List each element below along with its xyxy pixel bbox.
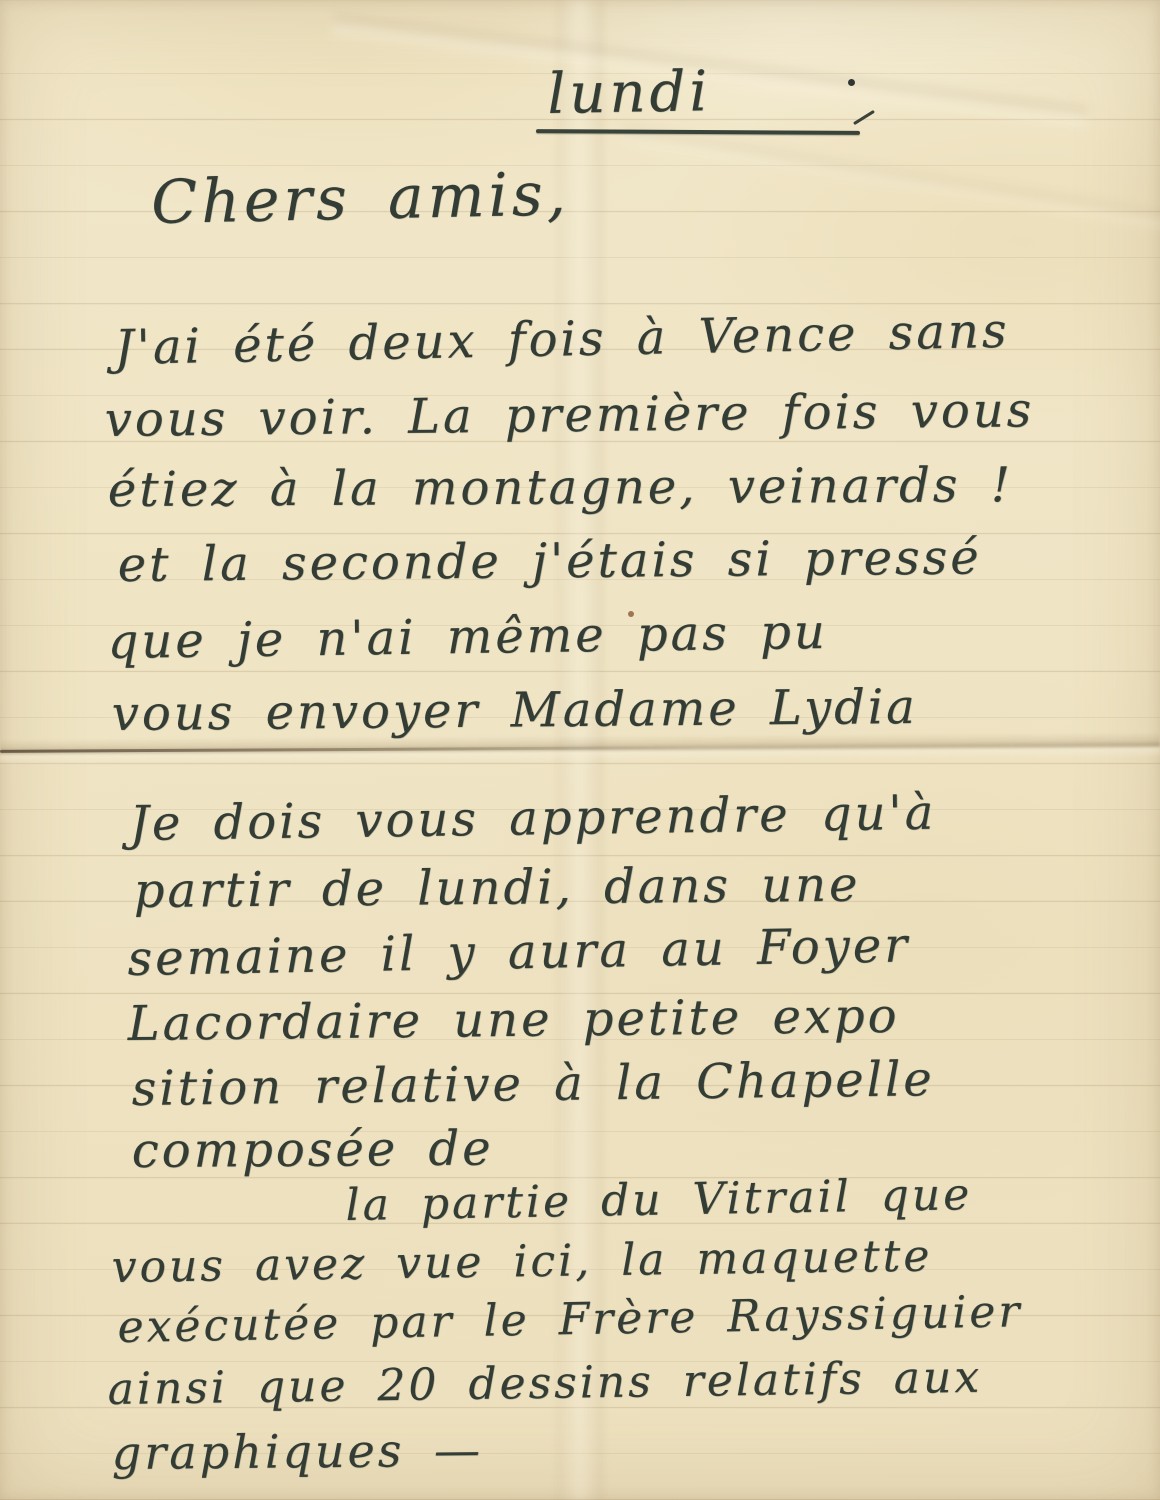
- letter-line: vous envoyer Madame Lydia: [112, 679, 918, 742]
- letter-line: sition relative à la Chapelle: [131, 1051, 935, 1117]
- letter-line: que je n'ai même pas pu: [107, 604, 828, 670]
- letter-line: composée de: [132, 1120, 494, 1179]
- letter-page: lundi Chers amis, J'ai été deux fois à V…: [0, 0, 1160, 1500]
- letter-title: lundi: [547, 59, 712, 127]
- letter-line: vous voir. La première fois vous: [104, 382, 1034, 448]
- letter-line: Lacordaire une petite expo: [127, 988, 899, 1052]
- letter-line: étiez à la montagne, veinards !: [108, 457, 1013, 518]
- letter-line: graphiques —: [112, 1423, 484, 1480]
- letter-salutation: Chers amis,: [151, 159, 571, 238]
- letter-line: Je dois vous apprendre qu'à: [129, 785, 936, 852]
- letter-line: la partie du Vitrail que: [345, 1169, 972, 1231]
- letter-line: partir de lundi, dans une: [134, 857, 861, 919]
- ink-speck: [848, 79, 855, 86]
- letter-line: et la seconde j'étais si pressé: [118, 529, 982, 593]
